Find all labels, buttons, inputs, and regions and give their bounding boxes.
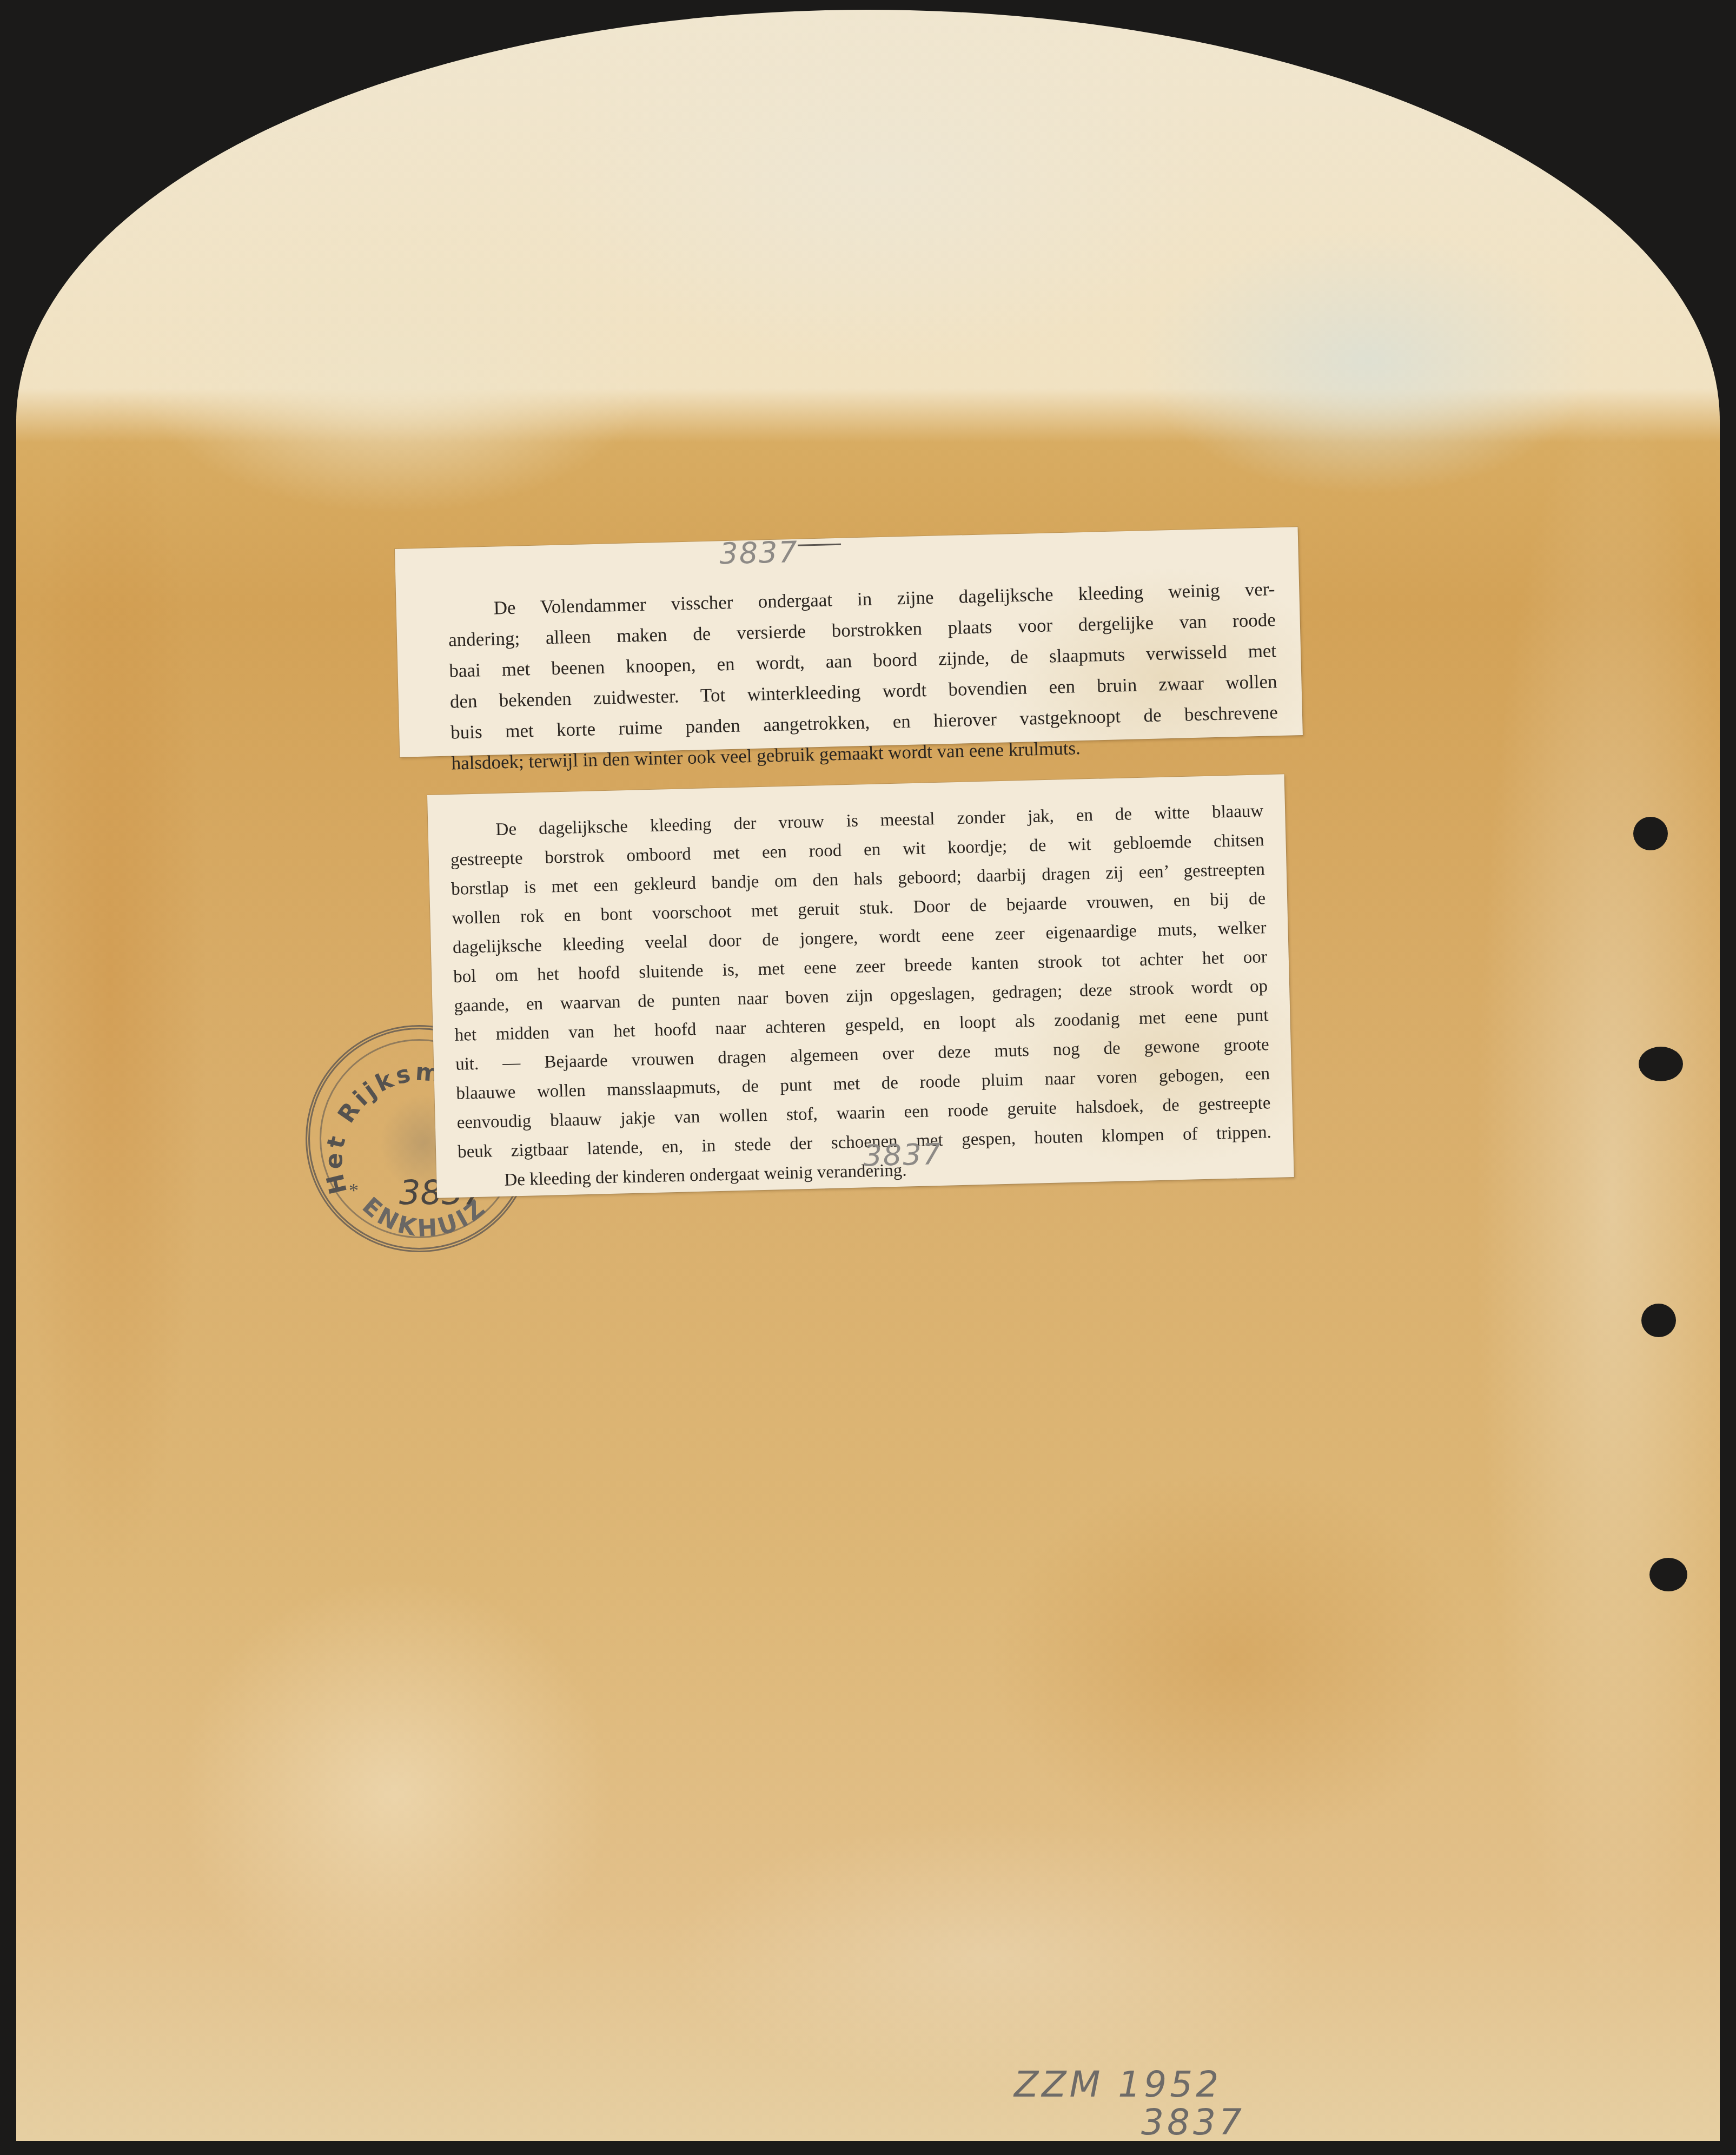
label2-pencil-number: 3837	[863, 1137, 943, 1173]
punch-hole	[1649, 1558, 1687, 1591]
water-stain	[665, 1822, 1314, 2092]
caption-label-woman: De dagelijksche kleeding der vrouw is me…	[427, 774, 1294, 1198]
water-stain	[1476, 388, 1720, 2011]
label2-text: De dagelijksche kleeding der vrouw is me…	[449, 796, 1273, 1196]
label1-text: De Volendammer visscher ondergaat in zij…	[447, 573, 1279, 778]
inventory-inscription-line2: 3837	[1141, 2101, 1245, 2143]
caption-label-man: 3837 De Volendammer visscher ondergaat i…	[395, 527, 1303, 757]
pencil-dash	[798, 544, 841, 546]
punch-hole	[1639, 1047, 1683, 1081]
water-stain	[990, 1470, 1476, 1849]
water-stain	[16, 388, 206, 1578]
inventory-inscription-line1: ZZM 1952	[1014, 2064, 1222, 2105]
punch-hole	[1633, 817, 1668, 850]
water-stain	[178, 1578, 611, 2011]
punch-hole	[1641, 1304, 1676, 1337]
label1-pencil-number: 3837	[719, 535, 799, 571]
stamp-star-icon: *	[349, 1180, 359, 1201]
